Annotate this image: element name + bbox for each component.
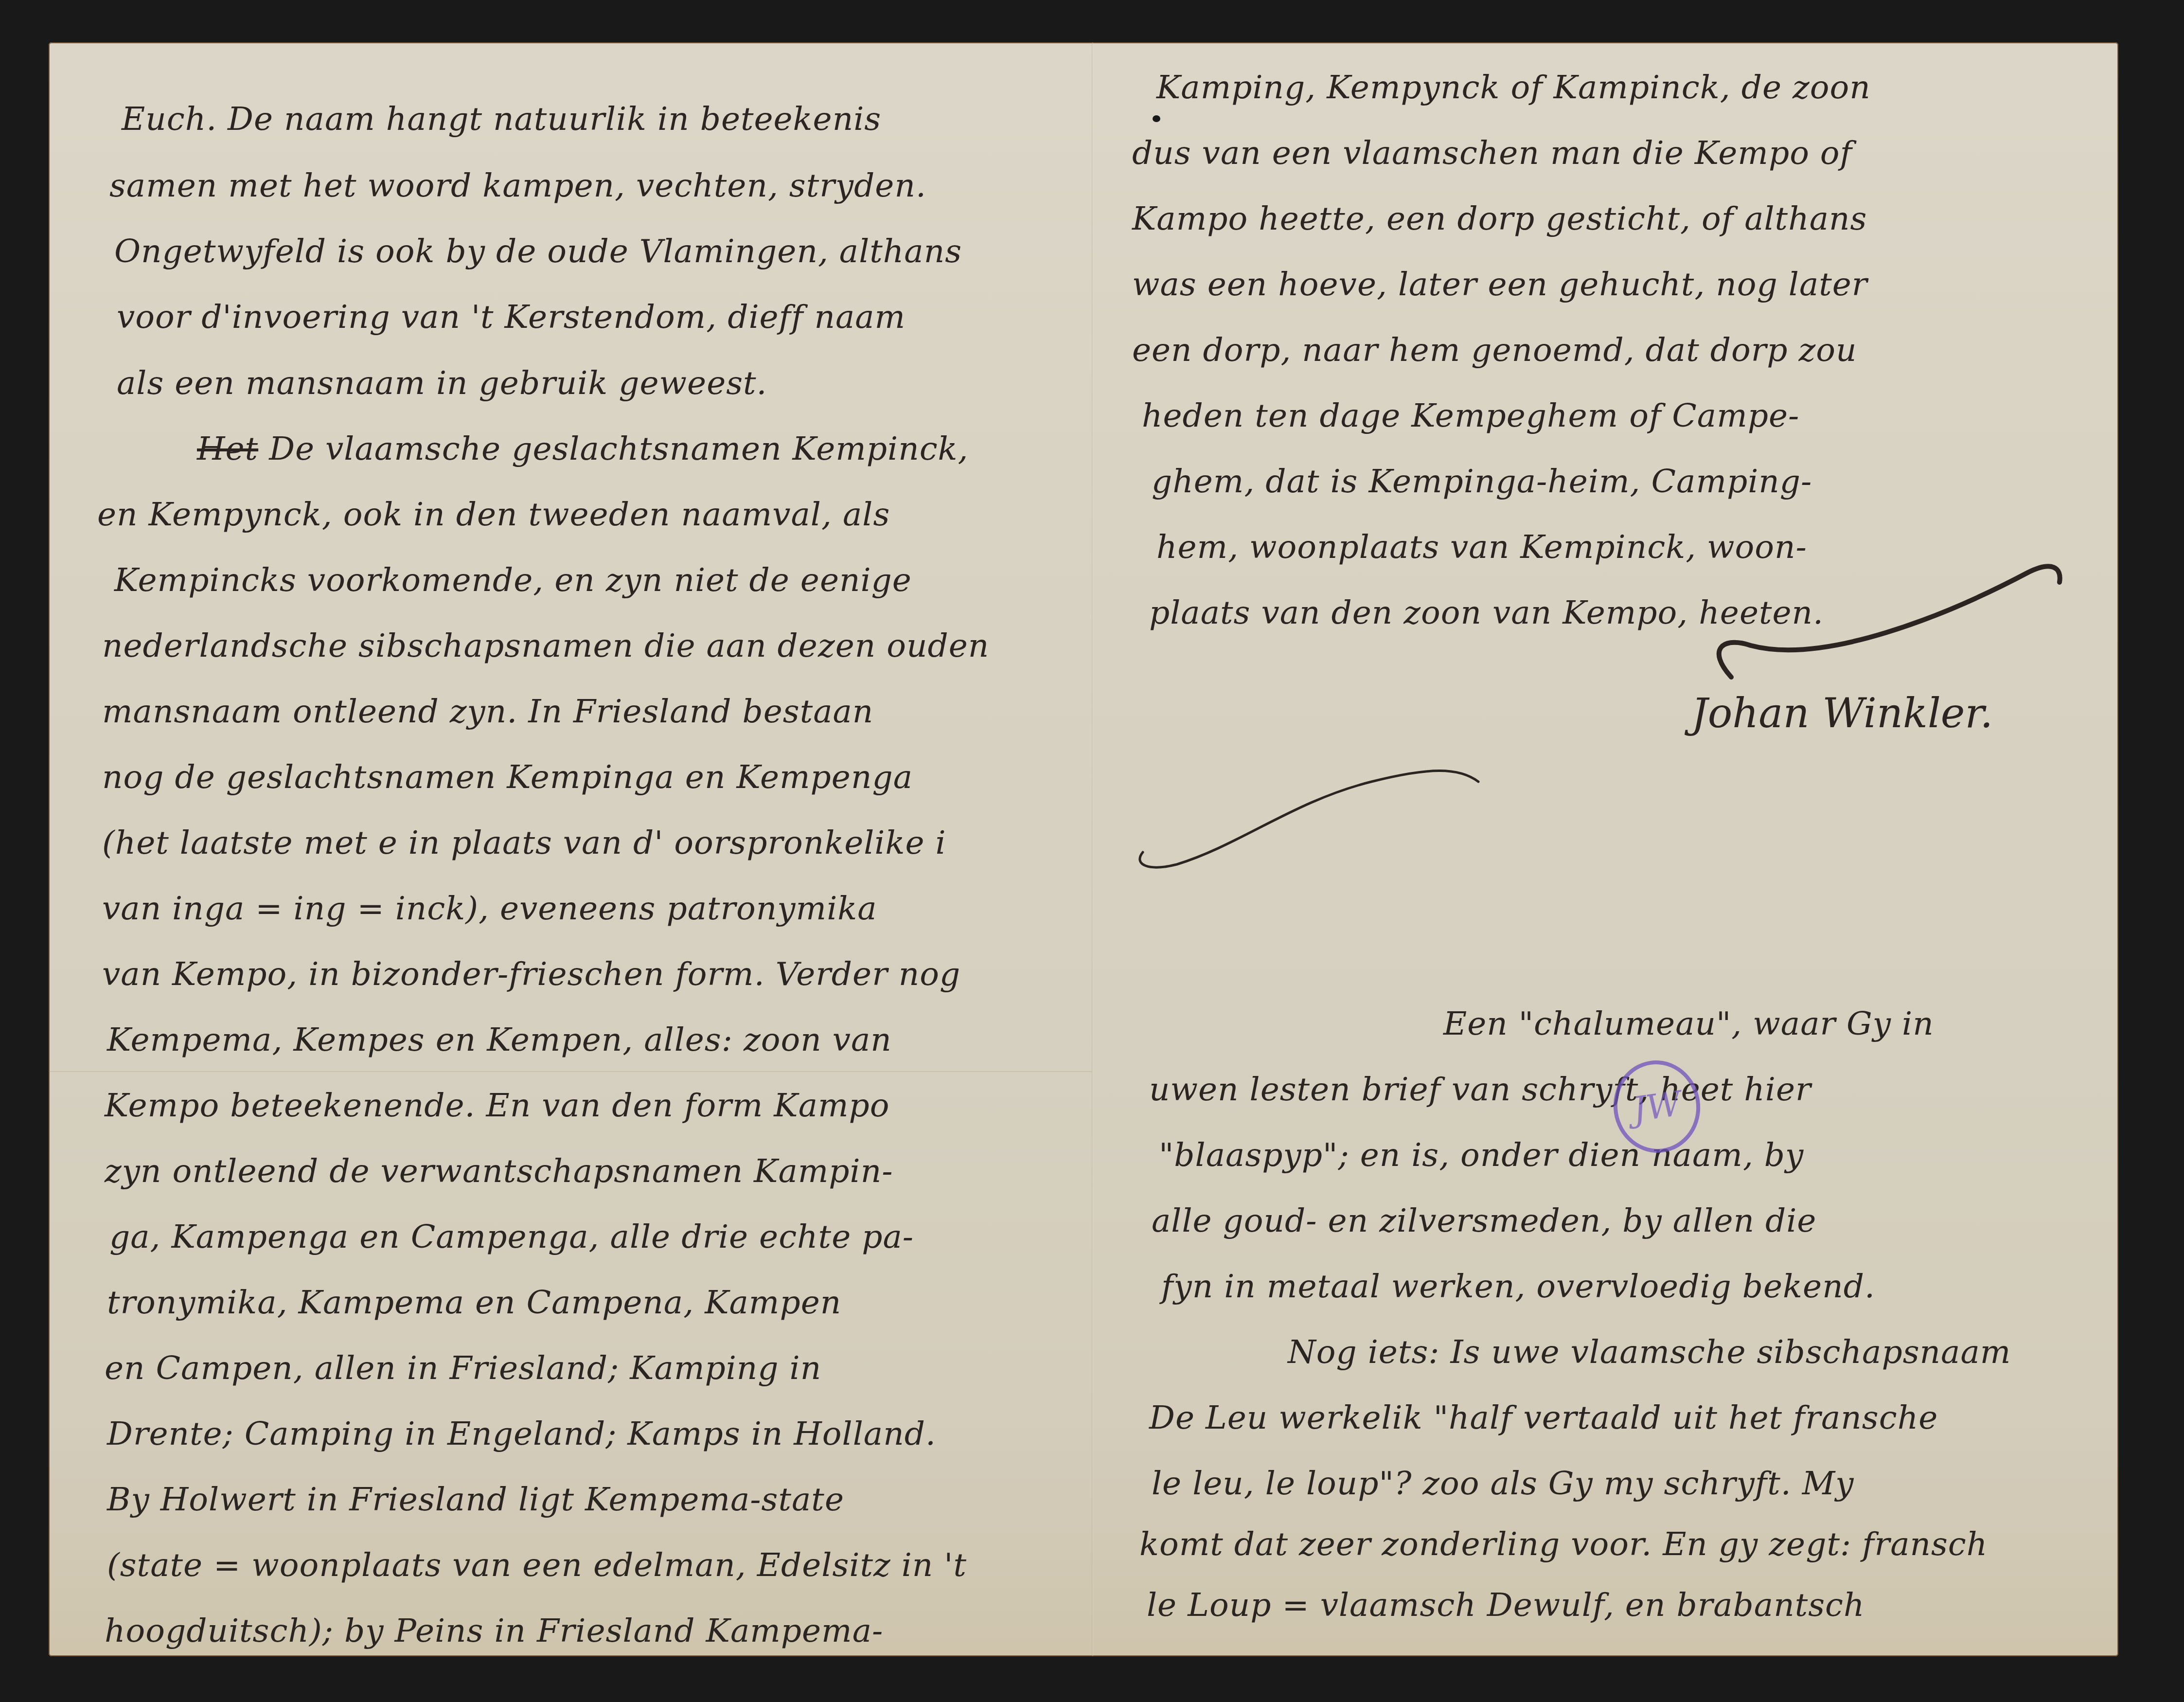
letter-paper: Euch. De naam hangt natuurlik in beteeke…: [49, 42, 2118, 1656]
section-divider-flourish: [1140, 771, 1478, 867]
signature-flourish: [1719, 566, 2060, 677]
pen-flourishes: [49, 42, 2118, 1656]
